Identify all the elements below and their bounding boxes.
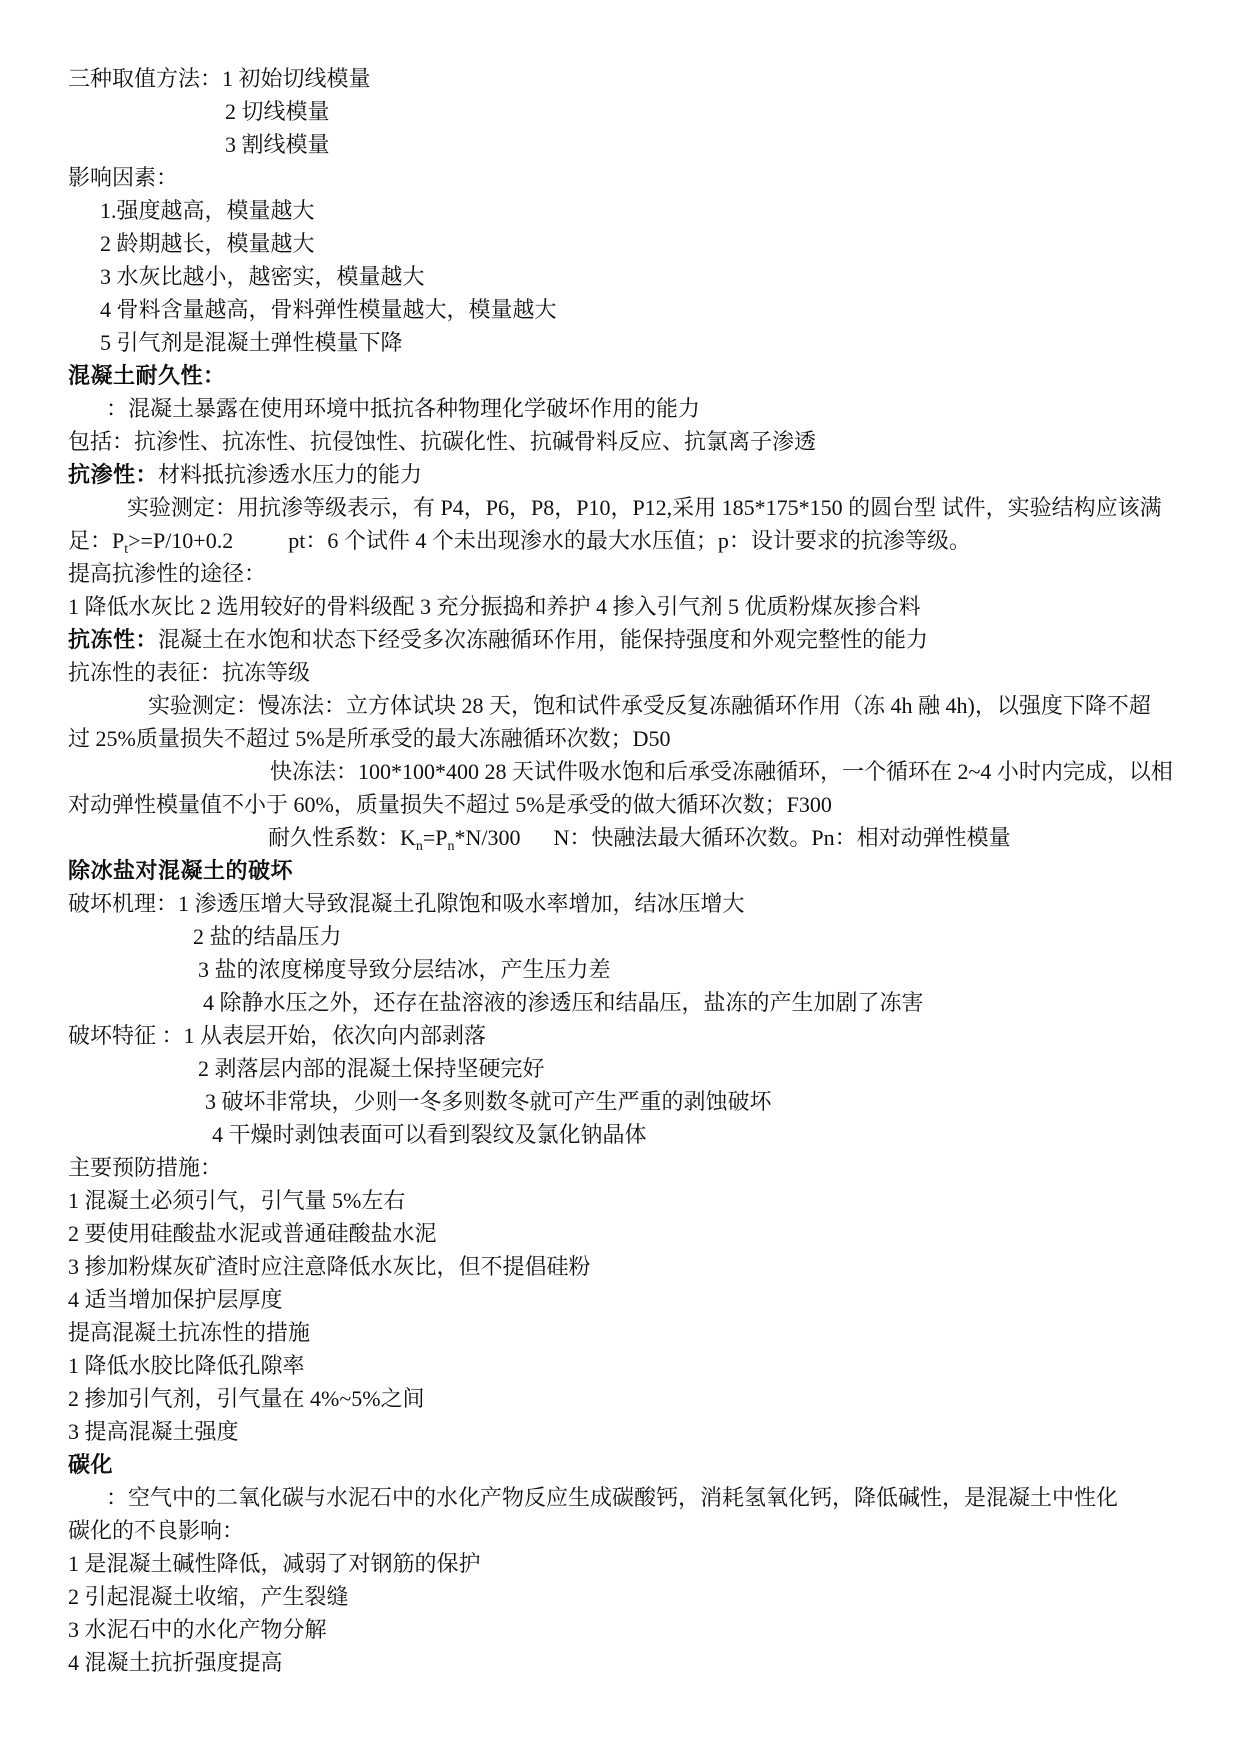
line-frost-improve-2: 2 掺加引气剂，引气量在 4%~5%之间: [68, 1382, 1172, 1415]
body-text: 2 切线模量: [225, 99, 330, 124]
body-text: 1 降低水胶比降低孔隙率: [68, 1353, 305, 1378]
line-carbonation-effects: 碳化的不良影响：: [68, 1514, 1172, 1547]
heading-durability: 混凝土耐久性：: [68, 359, 1172, 392]
body-text: 包括：抗渗性、抗冻性、抗侵蚀性、抗碳化性、抗碱骨料反应、抗氯离子渗透: [68, 429, 816, 454]
line-frost-improve: 提高混凝土抗冻性的措施: [68, 1316, 1172, 1349]
body-text: 2 引起混凝土收缩，产生裂缝: [68, 1584, 349, 1609]
body-text: 5 引气剂是混凝土弹性模量下降: [100, 330, 403, 355]
heading-text: 除冰盐对混凝土的破坏: [68, 858, 293, 883]
line-carbonation-2: 2 引起混凝土收缩，产生裂缝: [68, 1580, 1172, 1613]
body-text: 3 水泥石中的水化产物分解: [68, 1617, 327, 1642]
line-damage-char-1: 破坏特征 ：1 从表层开始，依次向内部剥落: [68, 1019, 1172, 1052]
body-text: 三种取值方法：1 初始切线模量: [68, 66, 371, 91]
body-text: =P: [423, 825, 448, 850]
line-factor-4: 4 骨料含量越高，骨料弹性模量越大，模量越大: [68, 293, 1172, 326]
body-text: 2 掺加引气剂，引气量在 4%~5%之间: [68, 1386, 425, 1411]
body-text: 破坏特征 ：1 从表层开始，依次向内部剥落: [68, 1023, 486, 1048]
body-text: 耐久性系数：K: [268, 825, 416, 850]
body-text: 2 盐的结晶压力: [193, 924, 342, 949]
body-text: 足：P: [68, 528, 124, 553]
line-carbonation-1: 1 是混凝土碱性降低，减弱了对钢筋的保护: [68, 1547, 1172, 1580]
body-text: ：混凝土暴露在使用环境中抵抗各种物理化学破坏作用的能力: [106, 396, 700, 421]
line-damage-mech-4: 4 除静水压之外，还存在盐溶液的渗透压和结晶压，盐冻的产生加剧了冻害: [68, 986, 1172, 1019]
body-text: 3 破坏非常块，少则一冬多则数冬就可产生严重的剥蚀破坏: [205, 1089, 772, 1114]
line-fast-freeze-b: 对动弹性模量值不小于 60%，质量损失不超过 5%是承受的做大循环次数；F300: [68, 788, 1172, 821]
heading-text: 抗渗性：: [68, 462, 158, 487]
heading-text: 抗冻性：: [68, 627, 158, 652]
body-text: 抗冻性的表征：抗冻等级: [68, 660, 310, 685]
line-frost-improve-1: 1 降低水胶比降低孔隙率: [68, 1349, 1172, 1382]
body-text: 对动弹性模量值不小于 60%，质量损失不超过 5%是承受的做大循环次数；F300: [68, 792, 832, 817]
body-text: 4 混凝土抗折强度提高: [68, 1650, 283, 1675]
body-text: 材料抵抗渗透水压力的能力: [158, 462, 422, 487]
body-text: *N/300 N：快融法最大循环次数。Pn：相对动弹性模量: [455, 825, 1011, 850]
line-method-2: 2 切线模量: [68, 95, 1172, 128]
body-text: 2 龄期越长，模量越大: [100, 231, 315, 256]
heading-deicing-salt: 除冰盐对混凝土的破坏: [68, 854, 1172, 887]
body-text: 碳化的不良影响：: [68, 1518, 244, 1543]
body-text: 3 割线模量: [225, 132, 330, 157]
heading-text: 混凝土耐久性：: [68, 363, 226, 388]
line-prevention-3: 3 掺加粉煤灰矿渣时应注意降低水灰比，但不提倡硅粉: [68, 1250, 1172, 1283]
body-text: 3 水灰比越小，越密实，模量越大: [100, 264, 425, 289]
body-text: 4 除静水压之外，还存在盐溶液的渗透压和结晶压，盐冻的产生加剧了冻害: [203, 990, 924, 1015]
body-text: 1.强度越高，模量越大: [100, 198, 315, 223]
line-factor-1: 1.强度越高，模量越大: [68, 194, 1172, 227]
line-factor-3: 3 水灰比越小，越密实，模量越大: [68, 260, 1172, 293]
line-slow-freeze-b: 过 25%质量损失不超过 5%是所承受的最大冻融循环次数；D50: [68, 722, 1172, 755]
line-durability-includes: 包括：抗渗性、抗冻性、抗侵蚀性、抗碳化性、抗碱骨料反应、抗氯离子渗透: [68, 425, 1172, 458]
line-fast-freeze-a: 快冻法：100*100*400 28 天试件吸水饱和后承受冻融循环，一个循环在 …: [68, 755, 1172, 788]
line-slow-freeze-a: 实验测定：慢冻法：立方体试块 28 天，饱和试件承受反复冻融循环作用（冻 4h …: [68, 689, 1172, 722]
document-page: 三种取值方法：1 初始切线模量2 切线模量3 割线模量影响因素：1.强度越高，模…: [0, 0, 1240, 1754]
body-text: 快冻法：100*100*400 28 天试件吸水饱和后承受冻融循环，一个循环在 …: [270, 759, 1173, 784]
body-text: 4 适当增加保护层厚度: [68, 1287, 283, 1312]
body-text: 1 混凝土必须引气，引气量 5%左右: [68, 1188, 405, 1213]
line-prevention-4: 4 适当增加保护层厚度: [68, 1283, 1172, 1316]
line-damage-char-4: 4 干燥时剥蚀表面可以看到裂纹及氯化钠晶体: [68, 1118, 1172, 1151]
line-damage-char-3: 3 破坏非常块，少则一冬多则数冬就可产生严重的剥蚀破坏: [68, 1085, 1172, 1118]
line-prevention-heading: 主要预防措施：: [68, 1151, 1172, 1184]
body-text: >=P/10+0.2 pt：6 个试件 4 个未出现渗水的最大水压值；p：设计要…: [128, 528, 971, 553]
line-damage-mech-3: 3 盐的浓度梯度导致分层结冰，产生压力差: [68, 953, 1172, 986]
body-text: 2 剥落层内部的混凝土保持坚硬完好: [198, 1056, 545, 1081]
line-imperm-test-a: 实验测定：用抗渗等级表示，有 P4，P6，P8，P10，P12,采用 185*1…: [68, 491, 1172, 524]
line-imperm-test-b: 足：Pt>=P/10+0.2 pt：6 个试件 4 个未出现渗水的最大水压值；p…: [68, 524, 1172, 557]
line-factors-heading: 影响因素：: [68, 161, 1172, 194]
body-text: 3 提高混凝土强度: [68, 1419, 239, 1444]
line-method-3: 3 割线模量: [68, 128, 1172, 161]
subscript-text: n: [448, 839, 455, 854]
line-frost-improve-3: 3 提高混凝土强度: [68, 1415, 1172, 1448]
body-text: 2 要使用硅酸盐水泥或普通硅酸盐水泥: [68, 1221, 437, 1246]
heading-text: 碳化: [68, 1452, 113, 1477]
body-text: 主要预防措施：: [68, 1155, 222, 1180]
body-text: 实验测定：用抗渗等级表示，有 P4，P6，P8，P10，P12,采用 185*1…: [127, 495, 1162, 520]
body-text: 影响因素：: [68, 165, 178, 190]
line-damage-mech-2: 2 盐的结晶压力: [68, 920, 1172, 953]
body-text: 提高混凝土抗冻性的措施: [68, 1320, 310, 1345]
heading-impermeability: 抗渗性：材料抵抗渗透水压力的能力: [68, 458, 1172, 491]
heading-carbonation: 碳化: [68, 1448, 1172, 1481]
body-text: 过 25%质量损失不超过 5%是所承受的最大冻融循环次数；D50: [68, 726, 671, 751]
line-three-methods: 三种取值方法：1 初始切线模量: [68, 62, 1172, 95]
body-text: 实验测定：慢冻法：立方体试块 28 天，饱和试件承受反复冻融循环作用（冻 4h …: [148, 693, 1151, 718]
line-factor-2: 2 龄期越长，模量越大: [68, 227, 1172, 260]
body-text: 4 骨料含量越高，骨料弹性模量越大，模量越大: [100, 297, 557, 322]
line-durability-coeff: 耐久性系数：Kn=Pn*N/300 N：快融法最大循环次数。Pn：相对动弹性模量: [68, 821, 1172, 854]
line-factor-5: 5 引气剂是混凝土弹性模量下降: [68, 326, 1172, 359]
line-prevention-1: 1 混凝土必须引气，引气量 5%左右: [68, 1184, 1172, 1217]
body-text: 3 掺加粉煤灰矿渣时应注意降低水灰比，但不提倡硅粉: [68, 1254, 591, 1279]
body-text: 混凝土在水饱和状态下经受多次冻融循环作用，能保持强度和外观完整性的能力: [158, 627, 928, 652]
line-durability-def: ：混凝土暴露在使用环境中抵抗各种物理化学破坏作用的能力: [68, 392, 1172, 425]
body-text: 提高抗渗性的途径：: [68, 561, 266, 586]
line-carbonation-4: 4 混凝土抗折强度提高: [68, 1646, 1172, 1679]
body-text: 1 是混凝土碱性降低，减弱了对钢筋的保护: [68, 1551, 481, 1576]
line-carbonation-3: 3 水泥石中的水化产物分解: [68, 1613, 1172, 1646]
body-text: 3 盐的浓度梯度导致分层结冰，产生压力差: [198, 957, 611, 982]
body-text: 破坏机理：1 渗透压增大导致混凝土孔隙饱和吸水率增加，结冰压增大: [68, 891, 745, 916]
line-prevention-2: 2 要使用硅酸盐水泥或普通硅酸盐水泥: [68, 1217, 1172, 1250]
line-imperm-improve-list: 1 降低水灰比 2 选用较好的骨料级配 3 充分振捣和养护 4 掺入引气剂 5 …: [68, 590, 1172, 623]
line-carbonation-def: ：空气中的二氧化碳与水泥石中的水化产物反应生成碳酸钙，消耗氢氧化钙，降低碱性，是…: [68, 1481, 1172, 1514]
line-damage-mech-1: 破坏机理：1 渗透压增大导致混凝土孔隙饱和吸水率增加，结冰压增大: [68, 887, 1172, 920]
body-text: 4 干燥时剥蚀表面可以看到裂纹及氯化钠晶体: [212, 1122, 647, 1147]
subscript-text: n: [416, 839, 423, 854]
body-text: 1 降低水灰比 2 选用较好的骨料级配 3 充分振捣和养护 4 掺入引气剂 5 …: [68, 594, 921, 619]
line-imperm-improve: 提高抗渗性的途径：: [68, 557, 1172, 590]
line-frost-indicator: 抗冻性的表征：抗冻等级: [68, 656, 1172, 689]
heading-frost-resistance: 抗冻性：混凝土在水饱和状态下经受多次冻融循环作用，能保持强度和外观完整性的能力: [68, 623, 1172, 656]
body-text: ：空气中的二氧化碳与水泥石中的水化产物反应生成碳酸钙，消耗氢氧化钙，降低碱性，是…: [106, 1485, 1118, 1510]
line-damage-char-2: 2 剥落层内部的混凝土保持坚硬完好: [68, 1052, 1172, 1085]
